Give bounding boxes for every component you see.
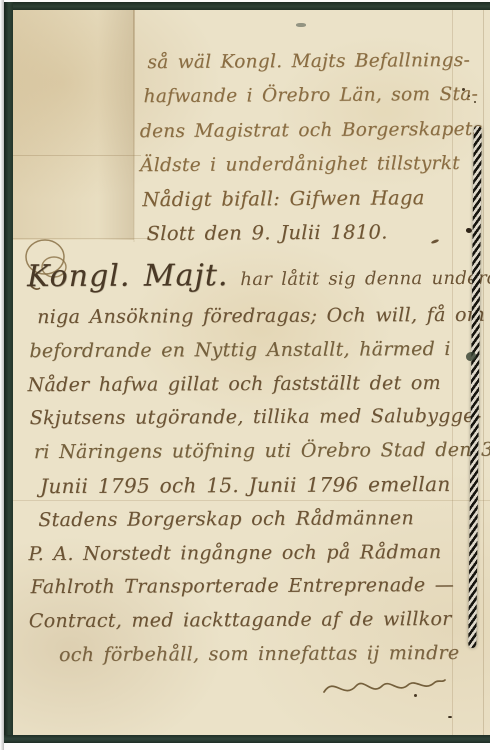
manuscript-line: och förbehåll, som innefattas ij mindre	[29, 637, 479, 673]
manuscript-line: Nådigt bifall: Gifwen Haga	[140, 181, 480, 218]
manuscript-line: Slott den 9. Julii 1810.	[140, 215, 480, 252]
book-binding-top-edge	[4, 2, 490, 10]
manuscript-line: så wäl Kongl. Majts Befallnings-	[139, 44, 479, 81]
kongl-majt-initial: Kongl. Majt.	[27, 258, 229, 294]
manuscript-line-fragment: har låtit sig denna underdå-	[240, 268, 490, 290]
ink-speck	[448, 716, 452, 718]
ink-speck	[474, 101, 476, 103]
manuscript-line: Äldste i underdånighet tillstyrkt	[140, 147, 480, 184]
manuscript-line: Contract, med iackttagande af de willkor	[29, 603, 479, 639]
manuscript-line: niga Ansökning föredragas; Och will, få …	[27, 299, 477, 335]
manuscript-line: Fahlroth Transporterade Entreprenade —	[29, 569, 479, 605]
ink-blot	[466, 228, 472, 233]
book-binding-left-edge	[4, 2, 13, 742]
manuscript-line: hafwande i Örebro Län, som Sta-	[140, 78, 480, 115]
book-binding-bottom-edge	[4, 735, 490, 743]
ink-speck	[414, 694, 417, 697]
closing-squiggle-flourish	[320, 674, 448, 702]
manuscript-line: Kongl. Majt.har låtit sig denna underdå-	[27, 251, 477, 301]
paper-stain-mark	[296, 23, 306, 27]
manuscript-line: Skjutsens utgörande, tillika med Salubyg…	[28, 400, 478, 436]
scanned-manuscript-page: så wäl Kongl. Majts Befallnings- hafwand…	[0, 0, 490, 750]
manuscript-line: befordrande en Nyttig Anstallt, härmed i	[27, 333, 477, 369]
manuscript-line: P. A. Norstedt ingångne och på Rådman	[28, 535, 478, 571]
decree-body-block: Kongl. Majt.har låtit sig denna underdå-…	[27, 251, 479, 673]
ink-speck	[468, 95, 470, 97]
manuscript-line: Junii 1795 och 15. Junii 1796 emellan	[28, 468, 478, 504]
opening-clause-block: så wäl Kongl. Majts Befallnings- hafwand…	[139, 44, 480, 252]
ink-speck	[462, 88, 465, 91]
manuscript-line: Stadens Borgerskap och Rådmännen	[28, 502, 478, 538]
manuscript-line: dens Magistrat och Borgerskapets	[140, 112, 480, 149]
manuscript-line: ri Näringens utöfning uti Örebro Stad de…	[28, 434, 478, 470]
manuscript-line: Nåder hafwa gillat och fastställt det om	[28, 366, 478, 402]
